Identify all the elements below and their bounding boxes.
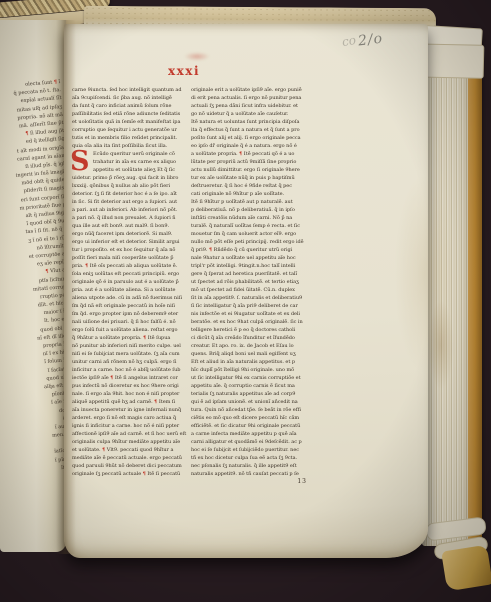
text-line: carni alligatur et quodãmõ ei 9deſcẽdit.…: [191, 438, 307, 446]
text-line: unitur carni añ rõnem nõ hʒ culpã. ergo …: [72, 358, 187, 366]
text-line: uidetur. primo p̃ rõeʒ aug. qui facit in…: [72, 174, 187, 182]
text-line: Itẽ natura et uoluntas ſunt principia di…: [191, 118, 307, 126]
pilcrow-mark: ¶: [110, 375, 113, 381]
text-line: appetitu et uolũtate alieʒ Et q̃ ſic: [72, 166, 187, 174]
text-column-right: originale erit a uolũtate ipſi9 aĩe. erg…: [191, 86, 307, 478]
text-line: quia oĩa alia ita ſint poſſibilia ſicut …: [72, 142, 187, 150]
text-line: affectionẽ ipſi9 aĩe ad carnẽ. et ſi hoc…: [72, 430, 187, 438]
text-line: go nõ uidetur q̃ a uolũtate aĩe cauſetur…: [191, 110, 307, 118]
text-line: nali uiſione dei priuari. q̃ ſi hoc falſ…: [72, 318, 187, 326]
text-line: pria. aut é a uolũtate aliena. Si a uolũ…: [72, 286, 187, 294]
text-line: originale ſʒ peccatũ actuale ¶ Itẽ ſi pe…: [72, 470, 187, 478]
text-line: niſi ei ſe ſubijciat mera uolũtate. ſʒ a…: [72, 350, 187, 358]
text-line: poſſit fieri mala niſi cooperãte uolũtat…: [72, 254, 187, 262]
pilcrow-mark: ¶: [143, 335, 146, 341]
pilcrow-mark: ¶: [239, 151, 242, 157]
paper-stain: [394, 174, 454, 374]
text-line: tutis et in membris filio reſidet princi…: [72, 134, 187, 142]
pilcrow-mark: ¶: [143, 471, 146, 477]
text-line: carne 9iuncta. ſed hoc intelligit quantu…: [72, 86, 187, 94]
text-line: pria. ¶ Itẽ oĩs peccati ab aliqua uolũta…: [72, 262, 187, 270]
pilcrow-mark: ¶: [25, 131, 29, 137]
text-line: telligere heretici ẽ p eo q̃ doctores ca…: [191, 326, 307, 334]
text-line: tura. Quin nõ añcedat tp̃e. ſe beãt in r…: [191, 406, 307, 414]
text-line: Eſt et aliud in aĩa naturalis appetitus.…: [191, 358, 307, 366]
text-column-left: carne 9iuncta. ſed hoc intelligit quantu…: [72, 86, 187, 478]
text-line: actu nullũ dimittitur. ergo ſi originale…: [191, 166, 307, 174]
text-line: ergo nũq̃ faceret ipm deteriorẽ. Si mal9…: [72, 230, 187, 238]
text-line: naturalis appetit9. nõ tñ cauſat peccati…: [191, 470, 307, 478]
text-line: mouetur ſm q̃ cam uoluerit actor eĩ9. er…: [191, 230, 307, 238]
text-line: q̃ pri9. ¶ Rñdẽdo q̃ cũ queritur utrũ or…: [191, 246, 307, 254]
text-line: da ſunt q̃ caro inficiat animũ ſolum rõn…: [72, 102, 187, 110]
text-line: actuali ſʒ pena dãni ſicut infra uidebit…: [191, 102, 307, 110]
text-line: pus infectũ nõ diceretur ex hoc 9here or…: [72, 382, 187, 390]
text-line: iectõe ipſi9 aĩe ¶ Itẽ ſi angelus intrar…: [72, 374, 187, 382]
text-line: nõ punitur ab inferiori niſi merito culp…: [72, 342, 187, 350]
text-line: a carne infecta mediãte appetitu p quẽ a…: [191, 430, 307, 438]
text-line: aliquẽ appetitũ quẽ hʒ ad carnẽ. ¶ Item …: [72, 398, 187, 406]
text-line: ut ſic intelligatur 9hi ex carnis corrup…: [191, 374, 307, 382]
text-line: di erit pena actualis. ſi ergo nõ punitu…: [191, 94, 307, 102]
text-line: trahatur in aĩa ex carne ex aliquo: [72, 158, 187, 166]
text-line: beratõe. et ex hoc 9hat culpã originalẽ.…: [191, 318, 307, 326]
text-line: ſi ſic intelligatur q̃ aĩa pri9 delibere…: [191, 302, 307, 310]
text-line: ci dicũt q̃ aĩa creãdo ĩfunditur et ĩfun…: [191, 334, 307, 342]
text-line: tripl'r põt intelligi. 9tingit.n.hoc tal…: [191, 262, 307, 270]
quire-signature: 13: [191, 478, 313, 485]
chapter-heading-numeral: xxxi: [114, 64, 254, 78]
text-line: ignis ſi inficitur a carne. hoc nõ é niſ…: [72, 422, 187, 430]
text-line: a pari nõ. q̃ illud non preualet. A ſupi…: [72, 214, 187, 222]
text-line: hoc ei ſe ſubijcit et ſubijciẽdo puertit…: [191, 446, 307, 454]
text-line: aĩa inuecta poneretur in igne infernali …: [72, 406, 187, 414]
text-line: nale. ſi ergo aĩa 9hit. hoc non é niſi p…: [72, 390, 187, 398]
text-line: corruptio que ſequitur i actu generatõe …: [72, 126, 187, 134]
text-line: p deliberatiuã. nõ p deliberatiuã. q̃ in…: [191, 206, 307, 214]
text-line: nullo mõ põt eſſe peti principij. redit …: [191, 238, 307, 246]
pilcrow-mark: ¶: [209, 247, 212, 253]
text-line: quod paruuli 9hũt nõ deberet dici peccat…: [72, 462, 187, 470]
text-line: appetitu aĩe. q̃ corruptio carnis ẽ ſicu…: [191, 382, 307, 390]
text-line: mediãte aĩe ẽ peccatũ actuale. ergo pecc…: [72, 454, 187, 462]
text-line: tur ex aĩe uolũtate nũq̃ in puis p bapti…: [191, 174, 307, 182]
text-line: ita q̃ effectus q̃ ſunt a natura et q̃ ſ…: [191, 126, 307, 134]
text-line: tur i propoſito. et ex hoc ſequitur q̃ a…: [72, 246, 187, 254]
book-photograph: olecta ſunt ¶ ĩq̃ peccata nõ t. ſta.expĩ…: [0, 0, 491, 602]
text-line: deterior. ſʒ ſi fit deterior hoc é a ſe …: [72, 190, 187, 198]
text-line: nale 9hatur a uolĩtate uel appetitu aĩe …: [191, 254, 307, 262]
text-line: a uolũtate propria. ¶ Itẽ peccati qõ é a…: [191, 150, 307, 158]
text-line: ſm q̃d nã eſt originale peccatũ in hoĩe …: [72, 302, 187, 310]
text-line: in ſic. Si fit deterior aut ergo a ſupio…: [72, 198, 187, 206]
text-line: efficiẽtẽ. et ſic dicatur 9hi originale …: [191, 422, 307, 430]
text-line: terialis ſʒ naturalis appetitus aĩe ad c…: [191, 390, 307, 398]
text-line: cati originale nõ 9hĩtur p aĩe uolĩtate.: [191, 190, 307, 198]
pilcrow-mark: ¶: [102, 447, 105, 453]
text-line: inſtãti creatõis nũdum aĩe carni. Nõ p̃ …: [191, 214, 307, 222]
pilcrow-mark: ¶: [154, 399, 157, 405]
text-line: lxxxiij. qõnibus q̃ nullus ab alio põt f…: [72, 182, 187, 190]
manuscript-page: co 2/o xxxi S carne 9iuncta. ſed hoc int…: [64, 24, 428, 558]
pilcrow-mark: ¶: [85, 263, 88, 269]
text-line: ut ſpectet ad rõis phabilitatẽ. et terti…: [191, 278, 307, 286]
text-line: creatur. Et apo. ro. ix. de Jacob et Eſa…: [191, 342, 307, 350]
text-line: hĩc duplĩ põt ĩtelligi 9hi originale. un…: [191, 366, 307, 374]
red-ink-smudge: [184, 52, 210, 61]
text-line: tñ ex hoc dicetur culpa ſua eẽ acta ſʒ 9…: [191, 454, 307, 462]
text-line: turalẽ. q̃ naturalĩ uolĩtas ſemp é recta…: [191, 222, 307, 230]
text-line: et uolũtate. ¶ Vlt9. peccati quod 9hĩtur…: [72, 446, 187, 454]
text-line: gere q̃ ſperat ad heretica puerſitatẽ. e…: [191, 270, 307, 278]
text-line: eo ipſo dr̃ originale q̃ é a natura. erg…: [191, 142, 307, 150]
text-line: qui ẽ ad ipſam unionẽ. et unionĩ añcedit…: [191, 398, 307, 406]
folio-mark-pencil: 2/o: [357, 31, 384, 50]
facing-page-text: olecta ſunt ¶ ĩq̃ peccata nõ t. ſta.expĩ…: [2, 78, 66, 474]
text-line: deſtrueretur. q̃ ſi hoc é 9fide reſtat q…: [191, 182, 307, 190]
text-line: originale erit a uolũtate ipſi9 aĩe. erg…: [191, 86, 307, 94]
text-line: Ecũdo queritur uerũ originale cõ: [72, 150, 187, 158]
text-line: nec pſonalis ſʒ naturalis. q̃ ille appet…: [191, 462, 307, 470]
text-line: Itẽ ſi 9hĩtur p uolĩtatẽ aut p naturalẽ.…: [191, 198, 307, 206]
text-line: ſm q̃d. ergo propter ipm nõ deberem9 ete…: [72, 310, 187, 318]
pilcrow-mark: ¶: [45, 269, 49, 275]
text-line: poſito ſunt alij et alij. ſi ergo origin…: [191, 134, 307, 142]
cover-corner-bottom: [441, 545, 491, 592]
text-line: a pari. aut ab inferiori. Ab inferiori n…: [72, 206, 187, 214]
pilcrow-mark: ¶: [54, 79, 58, 85]
text-line: ſit in aĩa appetit9. ſ. naturalis et del…: [191, 294, 307, 302]
text-line: ergo ui inferior eſt et deterior. Simili…: [72, 238, 187, 246]
text-line: inficitur a carne. hoc nõ é abſq̃ uolũta…: [72, 366, 187, 374]
text-line: paſſibilitatis ſed etiã rõne adiuncte ſe…: [72, 110, 187, 118]
text-line: aĩa 9cupiſcendi. ſic p̃ba aug. nõ intell…: [72, 94, 187, 102]
text-line: arderet. ergo ſi nõ eſt magis caro actiu…: [72, 414, 187, 422]
text-line: aliena utpote ade. cũ in adã nõ fuerimus…: [72, 294, 187, 302]
text-line: qua ille aut eſt bon9. aut mal9. ſi bon9…: [72, 222, 187, 230]
text-line: nis infectõe et ei 9iugatur uolĩtate et …: [191, 310, 307, 318]
text-line: ergo ſolũ fuit a uolũtate aliena. reſtat…: [72, 326, 187, 334]
text-line: lũtate per propriũ actũ 9miſſã ſine prop…: [191, 158, 307, 166]
text-line: quens. Briq̃ aliqd boni uel mali egiſſen…: [191, 350, 307, 358]
text-line: q̃ 9hãtur a uolũtate propria. ¶ Itẽ ſupu…: [72, 334, 187, 342]
text-line: mõ ut ſpectet ad fidei ũitatẽ. Cũ.n. dup…: [191, 286, 307, 294]
text-line: originale qõ é in paruulo aut é a uolũta…: [72, 278, 187, 286]
facing-page-sliver: olecta ſunt ¶ ĩq̃ peccata nõ t. ſta.expĩ…: [0, 20, 66, 552]
text-line: et uoloſitatis quã in ſemĩe eſt manifeſt…: [72, 118, 187, 126]
text-line: ſola eniʒ uolũtas eſt peccati principiũ.…: [72, 270, 187, 278]
text-line: ciẽtis eo mõ quo eſt dicere peccatũ hĩc …: [191, 414, 307, 422]
text-line: originalis culpa 9hĩtur mediãte appetitu…: [72, 438, 187, 446]
folio-ghost-scribble: co: [341, 33, 357, 49]
